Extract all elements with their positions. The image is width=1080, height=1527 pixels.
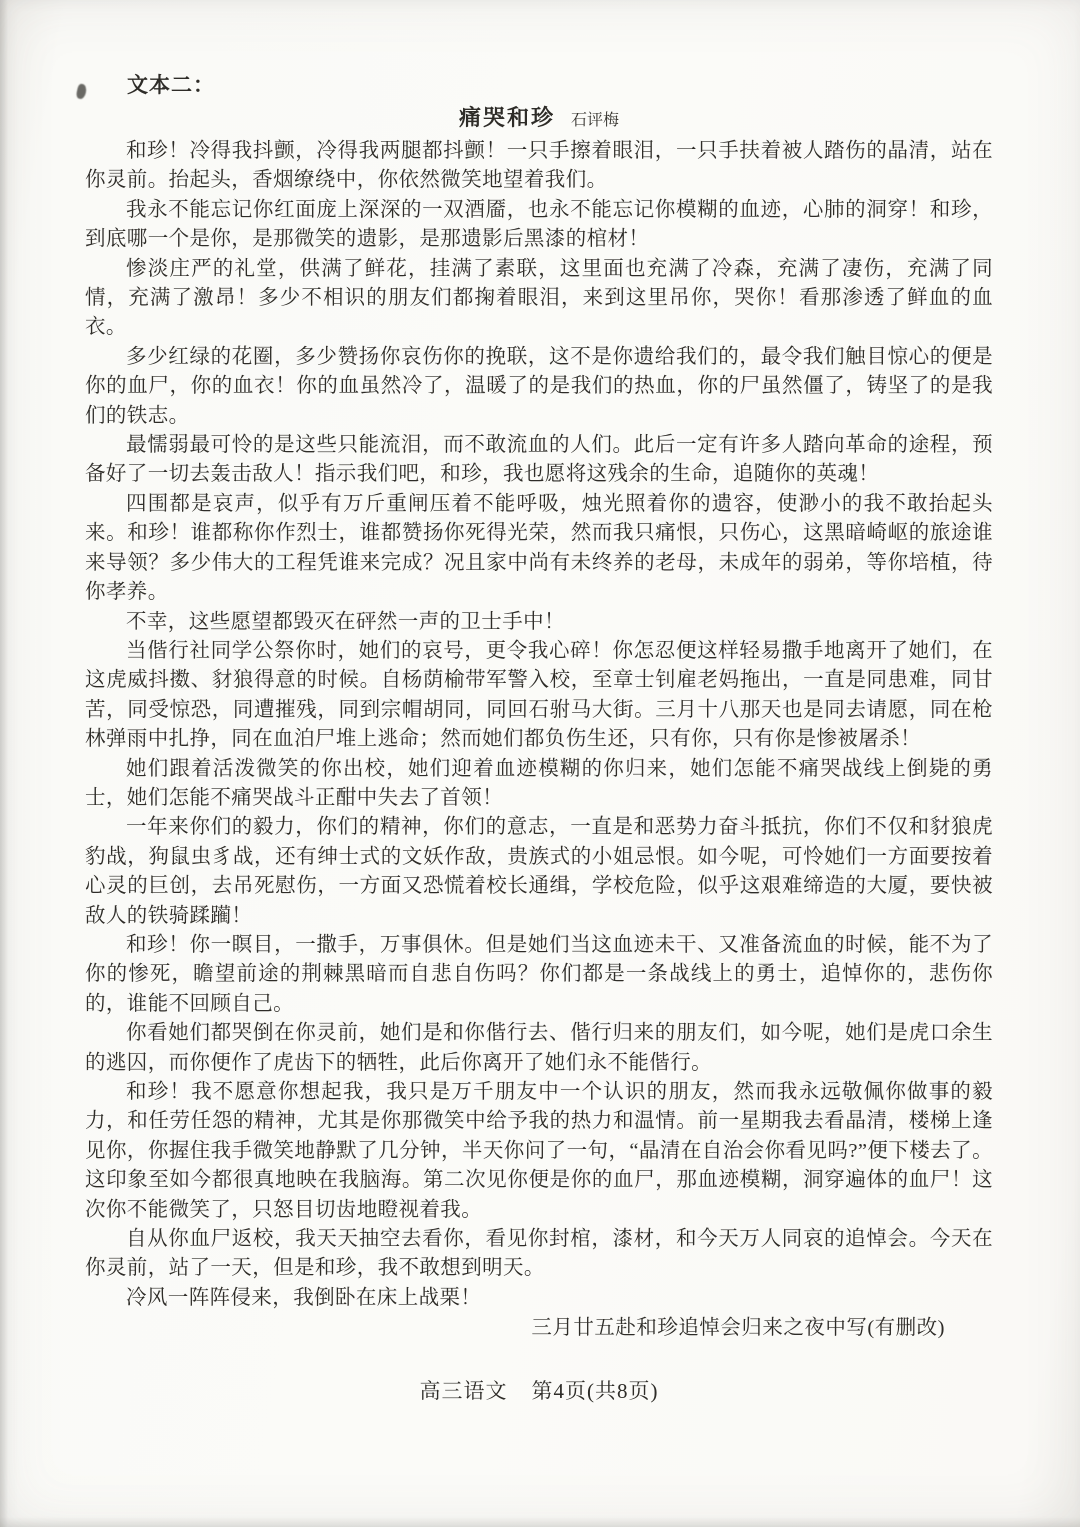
essay-paragraph: 多少红绿的花圈，多少赞扬你哀伤你的挽联，这不是你遗给我们的，最令我们触目惊心的便…: [85, 343, 993, 431]
essay-paragraph: 一年来你们的毅力，你们的精神，你们的意志，一直是和恶势力奋斗抵抗，你们不仅和豺狼…: [85, 813, 993, 931]
essay-paragraph: 当偕行社同学公祭你时，她们的哀号，更令我心碎！你怎忍便这样轻易撒手地离开了她们，…: [85, 637, 993, 755]
essay-paragraph: 冷风一阵阵侵来，我倒卧在床上战栗！: [85, 1284, 993, 1313]
essay-paragraph: 和珍！我不愿意你想起我，我只是万千朋友中一个认识的朋友，然而我永远敬佩你做事的毅…: [85, 1078, 993, 1225]
essay-paragraph: 自从你血尸返校，我天天抽空去看你，看见你封棺，漆材，和今天万人同哀的追悼会。今天…: [85, 1225, 993, 1284]
essay-paragraph: 和珍！冷得我抖颤，冷得我两腿都抖颤！一只手擦着眼泪，一只手扶着被人踏伤的晶清，站…: [85, 137, 993, 196]
footer-page-number: 第4页(共8页): [532, 1379, 659, 1403]
page-content: 文本二： 痛哭和珍石评梅 和珍！冷得我抖颤，冷得我两腿都抖颤！一只手擦着眼泪，一…: [85, 70, 993, 1405]
essay-paragraph: 惨淡庄严的礼堂，供满了鲜花，挂满了素联，这里面也充满了冷森，充满了凄伤，充满了同…: [85, 255, 993, 343]
essay-paragraph: 你看她们都哭倒在你灵前，她们是和你偕行去、偕行归来的朋友们，如今呢，她们是虎口余…: [85, 1019, 993, 1078]
scan-edge-shadow: [0, 0, 8, 1527]
signature-line: 三月廿五赴和珍追悼会归来之夜中写(有删改): [85, 1313, 993, 1343]
essay-paragraph: 不幸，这些愿望都毁灭在砰然一声的卫士手中！: [85, 608, 993, 637]
footer-course: 高三语文: [420, 1379, 508, 1403]
essay-paragraph: 我永不能忘记你红面庞上深深的一双酒靥，也永不能忘记你模糊的血迹，心肺的洞穿！和珍…: [85, 196, 993, 255]
page-footer: 高三语文第4页(共8页): [85, 1375, 993, 1405]
exam-paper-page: 文本二： 痛哭和珍石评梅 和珍！冷得我抖颤，冷得我两腿都抖颤！一只手擦着眼泪，一…: [0, 0, 1080, 1527]
essay-body: 和珍！冷得我抖颤，冷得我两腿都抖颤！一只手擦着眼泪，一只手扶着被人踏伤的晶清，站…: [85, 137, 993, 1313]
essay-paragraph: 她们跟着活泼微笑的你出校，她们迎着血迹模糊的你归来，她们怎能不痛哭战线上倒毙的勇…: [85, 755, 993, 814]
section-label: 文本二：: [85, 70, 993, 100]
essay-paragraph: 和珍！你一瞑目，一撒手，万事俱休。但是她们当这血迹未干、又准备流血的时候，能不为…: [85, 931, 993, 1019]
essay-title: 痛哭和珍: [459, 105, 555, 130]
essay-title-line: 痛哭和珍石评梅: [85, 101, 993, 137]
essay-paragraph: 四围都是哀声，似乎有万斤重闸压着不能呼吸，烛光照着你的遗容，使渺小的我不敢抬起头…: [85, 490, 993, 608]
scan-edge-shadow-bottom: [0, 1517, 1080, 1527]
essay-paragraph: 最懦弱最可怜的是这些只能流泪，而不敢流血的人们。此后一定有许多人踏向革命的途程，…: [85, 431, 993, 490]
essay-author: 石评梅: [571, 112, 619, 129]
